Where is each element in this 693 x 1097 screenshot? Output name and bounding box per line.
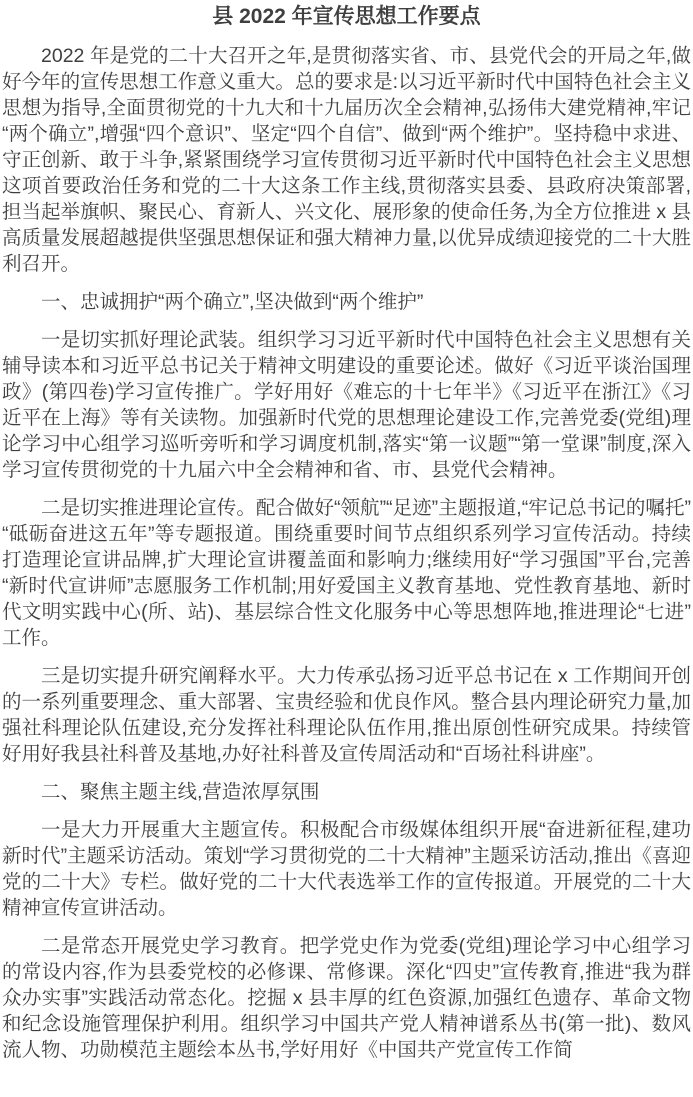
section-2-heading: 二、聚焦主题主线,营造浓厚氛围 <box>2 779 691 805</box>
document-title: 县 2022 年宣传思想工作要点 <box>2 3 691 31</box>
section-2-paragraph-2: 二是常态开展党史学习教育。把学党史作为党委(党组)理论学习中心组学习的常设内容,… <box>2 933 691 1063</box>
document-page: 县 2022 年宣传思想工作要点 2022 年是党的二十大召开之年,是贯彻落实省… <box>0 0 693 1097</box>
section-1-paragraph-3: 三是切实提升研究阐释水平。大力传承弘扬习近平总书记在 x 工作期间开创的一系列重… <box>2 663 691 767</box>
section-1-paragraph-2: 二是切实推进理论宣传。配合做好“领航”“足迹”主题报道,“牢记总书记的嘱托”“砥… <box>2 495 691 651</box>
section-1-paragraph-1: 一是切实抓好理论武装。组织学习习近平新时代中国特色社会主义思想有关辅导读本和习近… <box>2 327 691 483</box>
intro-paragraph: 2022 年是党的二十大召开之年,是贯彻落实省、市、县党代会的开局之年,做好今年… <box>2 43 691 277</box>
section-2-paragraph-1: 一是大力开展重大主题宣传。积极配合市级媒体组织开展“奋进新征程,建功新时代”主题… <box>2 817 691 921</box>
section-1-heading: 一、忠诚拥护“两个确立”,坚决做到“两个维护” <box>2 289 691 315</box>
